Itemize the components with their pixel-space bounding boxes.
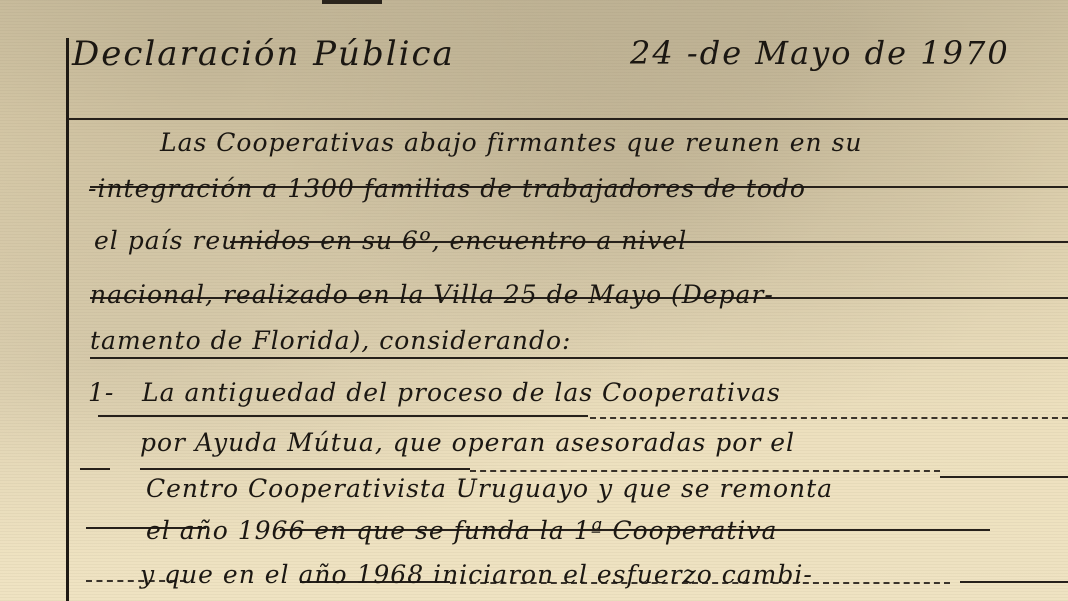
text-line: y que en el año 1968 iniciaron el esfuer… [140,560,813,589]
document-title: Declaración Pública [72,34,455,74]
ruled-line [98,415,588,417]
ruled-line [68,118,1068,120]
text-line: el país reunidos en su 6º, encuentro a n… [94,226,687,255]
left-margin-line [66,38,69,601]
text-line: Las Cooperativas abajo firmantes que reu… [160,128,863,157]
item-number: 1- [88,378,114,407]
scanned-document-page: Declaración Pública 24 -de Mayo de 1970 … [0,0,1068,601]
text-line: La antiguedad del proceso de las Coopera… [142,378,781,407]
text-line: el año 1966 en que se funda la 1ª Cooper… [146,516,777,545]
ruled-line [90,357,1068,359]
text-line: nacional, realizado en la Villa 25 de Ma… [90,280,774,309]
ruled-line [80,468,110,470]
text-line: Centro Cooperativista Uruguayo y que se … [146,474,833,503]
ruled-line [140,468,470,470]
ruled-line [960,581,1068,583]
text-line: tamento de Florida), considerando: [90,326,571,355]
top-ink-mark [322,0,382,4]
dashed-line [470,470,940,472]
ruled-line [940,476,1068,478]
dashed-line [590,417,1068,419]
document-date: 24 -de Mayo de 1970 [630,34,1010,72]
text-line: por Ayuda Mútua, que operan asesoradas p… [140,428,795,457]
text-line: -integración a 1300 familias de trabajad… [88,174,806,203]
